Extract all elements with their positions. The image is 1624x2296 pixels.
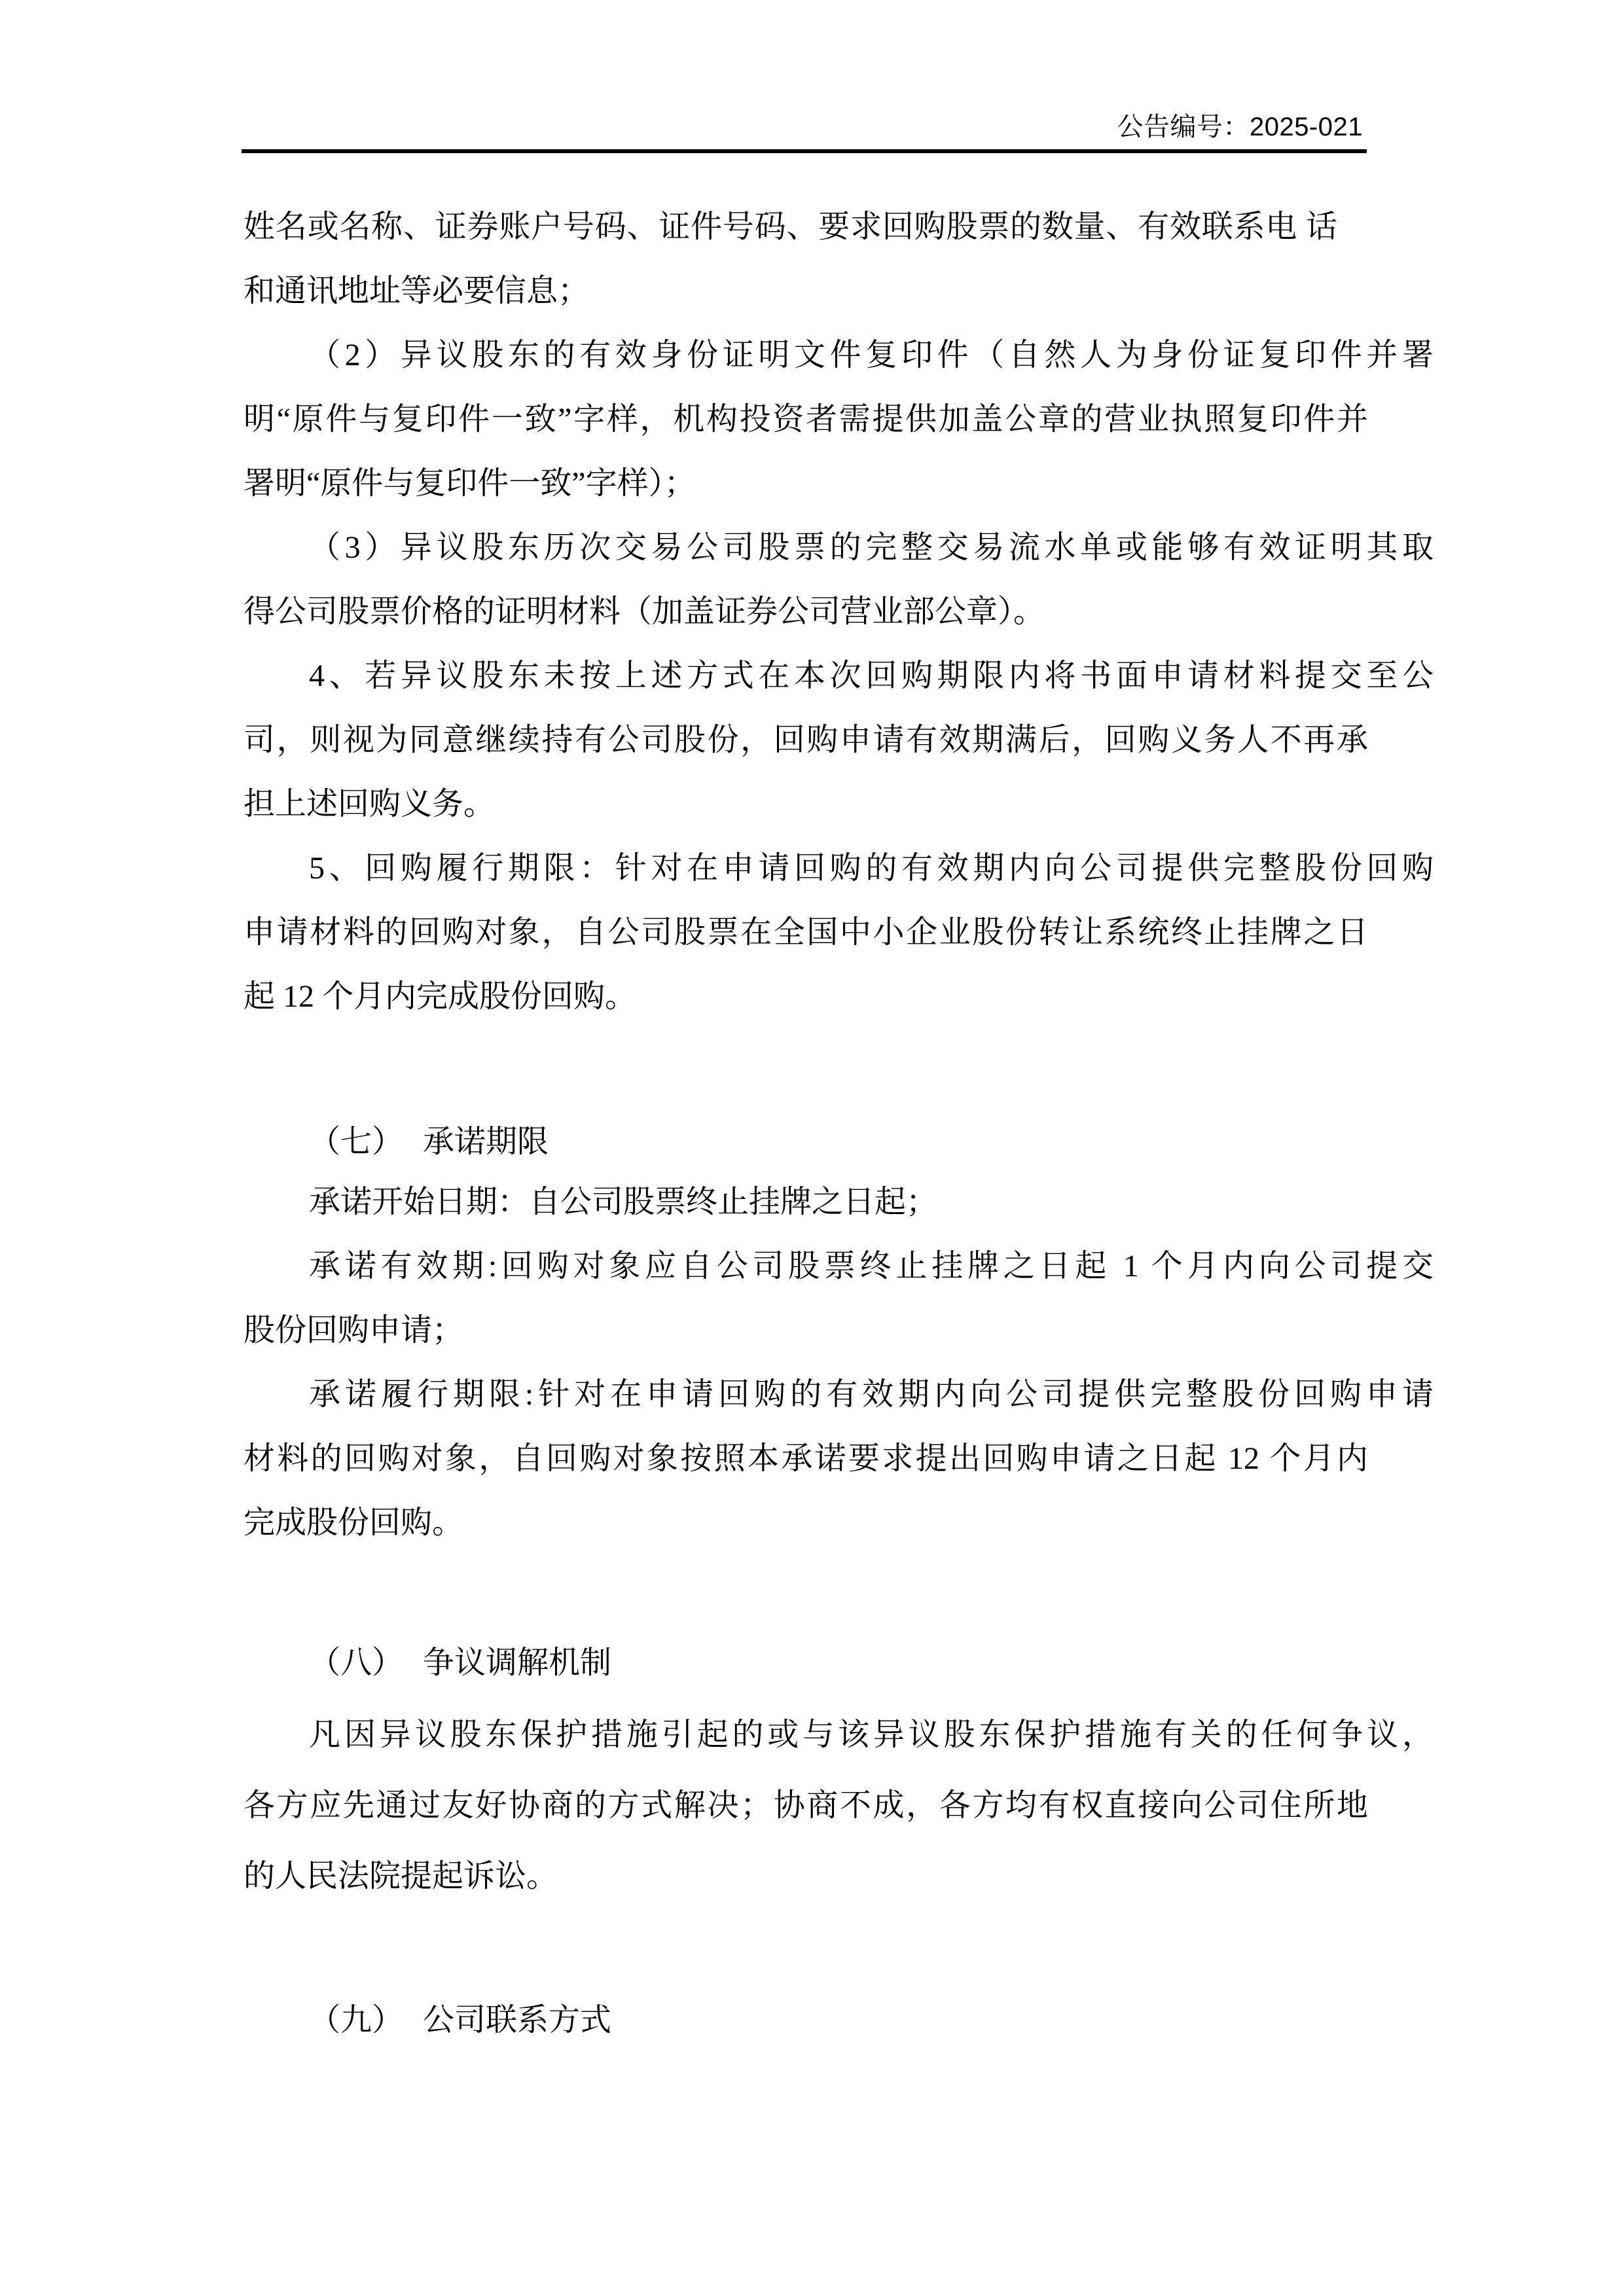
- text-line: 股份回购申请；: [244, 1312, 1368, 1350]
- text-line: 明“原件与复印件一致”字样，机构投资者需提供加盖公章的营业执照复印件并: [244, 401, 1368, 439]
- text-line: 承诺开始日期：自公司股票终止挂牌之日起；: [244, 1183, 1434, 1221]
- text-line: 司，则视为同意继续持有公司股份，回购申请有效期满后，回购义务人不再承: [244, 721, 1368, 759]
- section-title: 公司联系方式: [423, 2001, 611, 2039]
- section-number: （八）: [309, 1644, 403, 1682]
- section-heading: （八）争议调解机制: [244, 1644, 1434, 1682]
- text-line: 和通讯地址等必要信息；: [244, 272, 1368, 310]
- text-line: 署明“原件与复印件一致”字样）；: [244, 465, 1368, 503]
- text-line: 承诺履行期限:针对在申请回购的有效期内向公司提供完整股份回购申请: [244, 1376, 1434, 1414]
- text-line: 5、回购履行期限：针对在申请回购的有效期内向公司提供完整股份回购: [244, 850, 1434, 888]
- text-line: 担上述回购义务。: [244, 785, 1368, 823]
- section-title: 争议调解机制: [423, 1644, 611, 1682]
- text-line: 姓名或名称、证券账户号码、证件号码、要求回购股票的数量、有效联系电 话: [244, 208, 1337, 246]
- text-line: 4、若异议股东未按上述方式在本次回购期限内将书面申请材料提交至公: [244, 657, 1434, 695]
- section-title: 承诺期限: [423, 1123, 549, 1161]
- document-body: 姓名或名称、证券账户号码、证件号码、要求回购股票的数量、有效联系电 话和通讯地址…: [0, 0, 1624, 2296]
- text-line: 申请材料的回购对象，自公司股票在全国中小企业股份转让系统终止挂牌之日: [244, 914, 1368, 952]
- text-line: 各方应先通过友好协商的方式解决；协商不成，各方均有权直接向公司住所地: [244, 1787, 1368, 1825]
- section-number: （九）: [309, 2001, 403, 2039]
- text-line: （2）异议股东的有效身份证明文件复印件（自然人为身份证复印件并署: [244, 336, 1434, 374]
- text-line: 的人民法院提起诉讼。: [244, 1857, 1368, 1895]
- section-heading: （七）承诺期限: [244, 1123, 1434, 1161]
- text-line: 材料的回购对象，自回购对象按照本承诺要求提出回购申请之日起 12 个月内: [244, 1440, 1368, 1478]
- document-page: 公告编号：2025-021 姓名或名称、证券账户号码、证件号码、要求回购股票的数…: [0, 0, 1624, 2296]
- text-line: 起 12 个月内完成股份回购。: [244, 978, 1368, 1016]
- text-line: 完成股份回购。: [244, 1504, 1368, 1542]
- text-line: （3）异议股东历次交易公司股票的完整交易流水单或能够有效证明其取: [244, 529, 1434, 567]
- section-heading: （九）公司联系方式: [244, 2001, 1434, 2039]
- text-line: 承诺有效期:回购对象应自公司股票终止挂牌之日起 1 个月内向公司提交: [244, 1247, 1434, 1285]
- section-number: （七）: [309, 1123, 403, 1161]
- text-line: 得公司股票价格的证明材料（加盖证券公司营业部公章）。: [244, 593, 1368, 631]
- text-line: 凡因异议股东保护措施引起的或与该异议股东保护措施有关的任何争议，: [244, 1716, 1434, 1754]
